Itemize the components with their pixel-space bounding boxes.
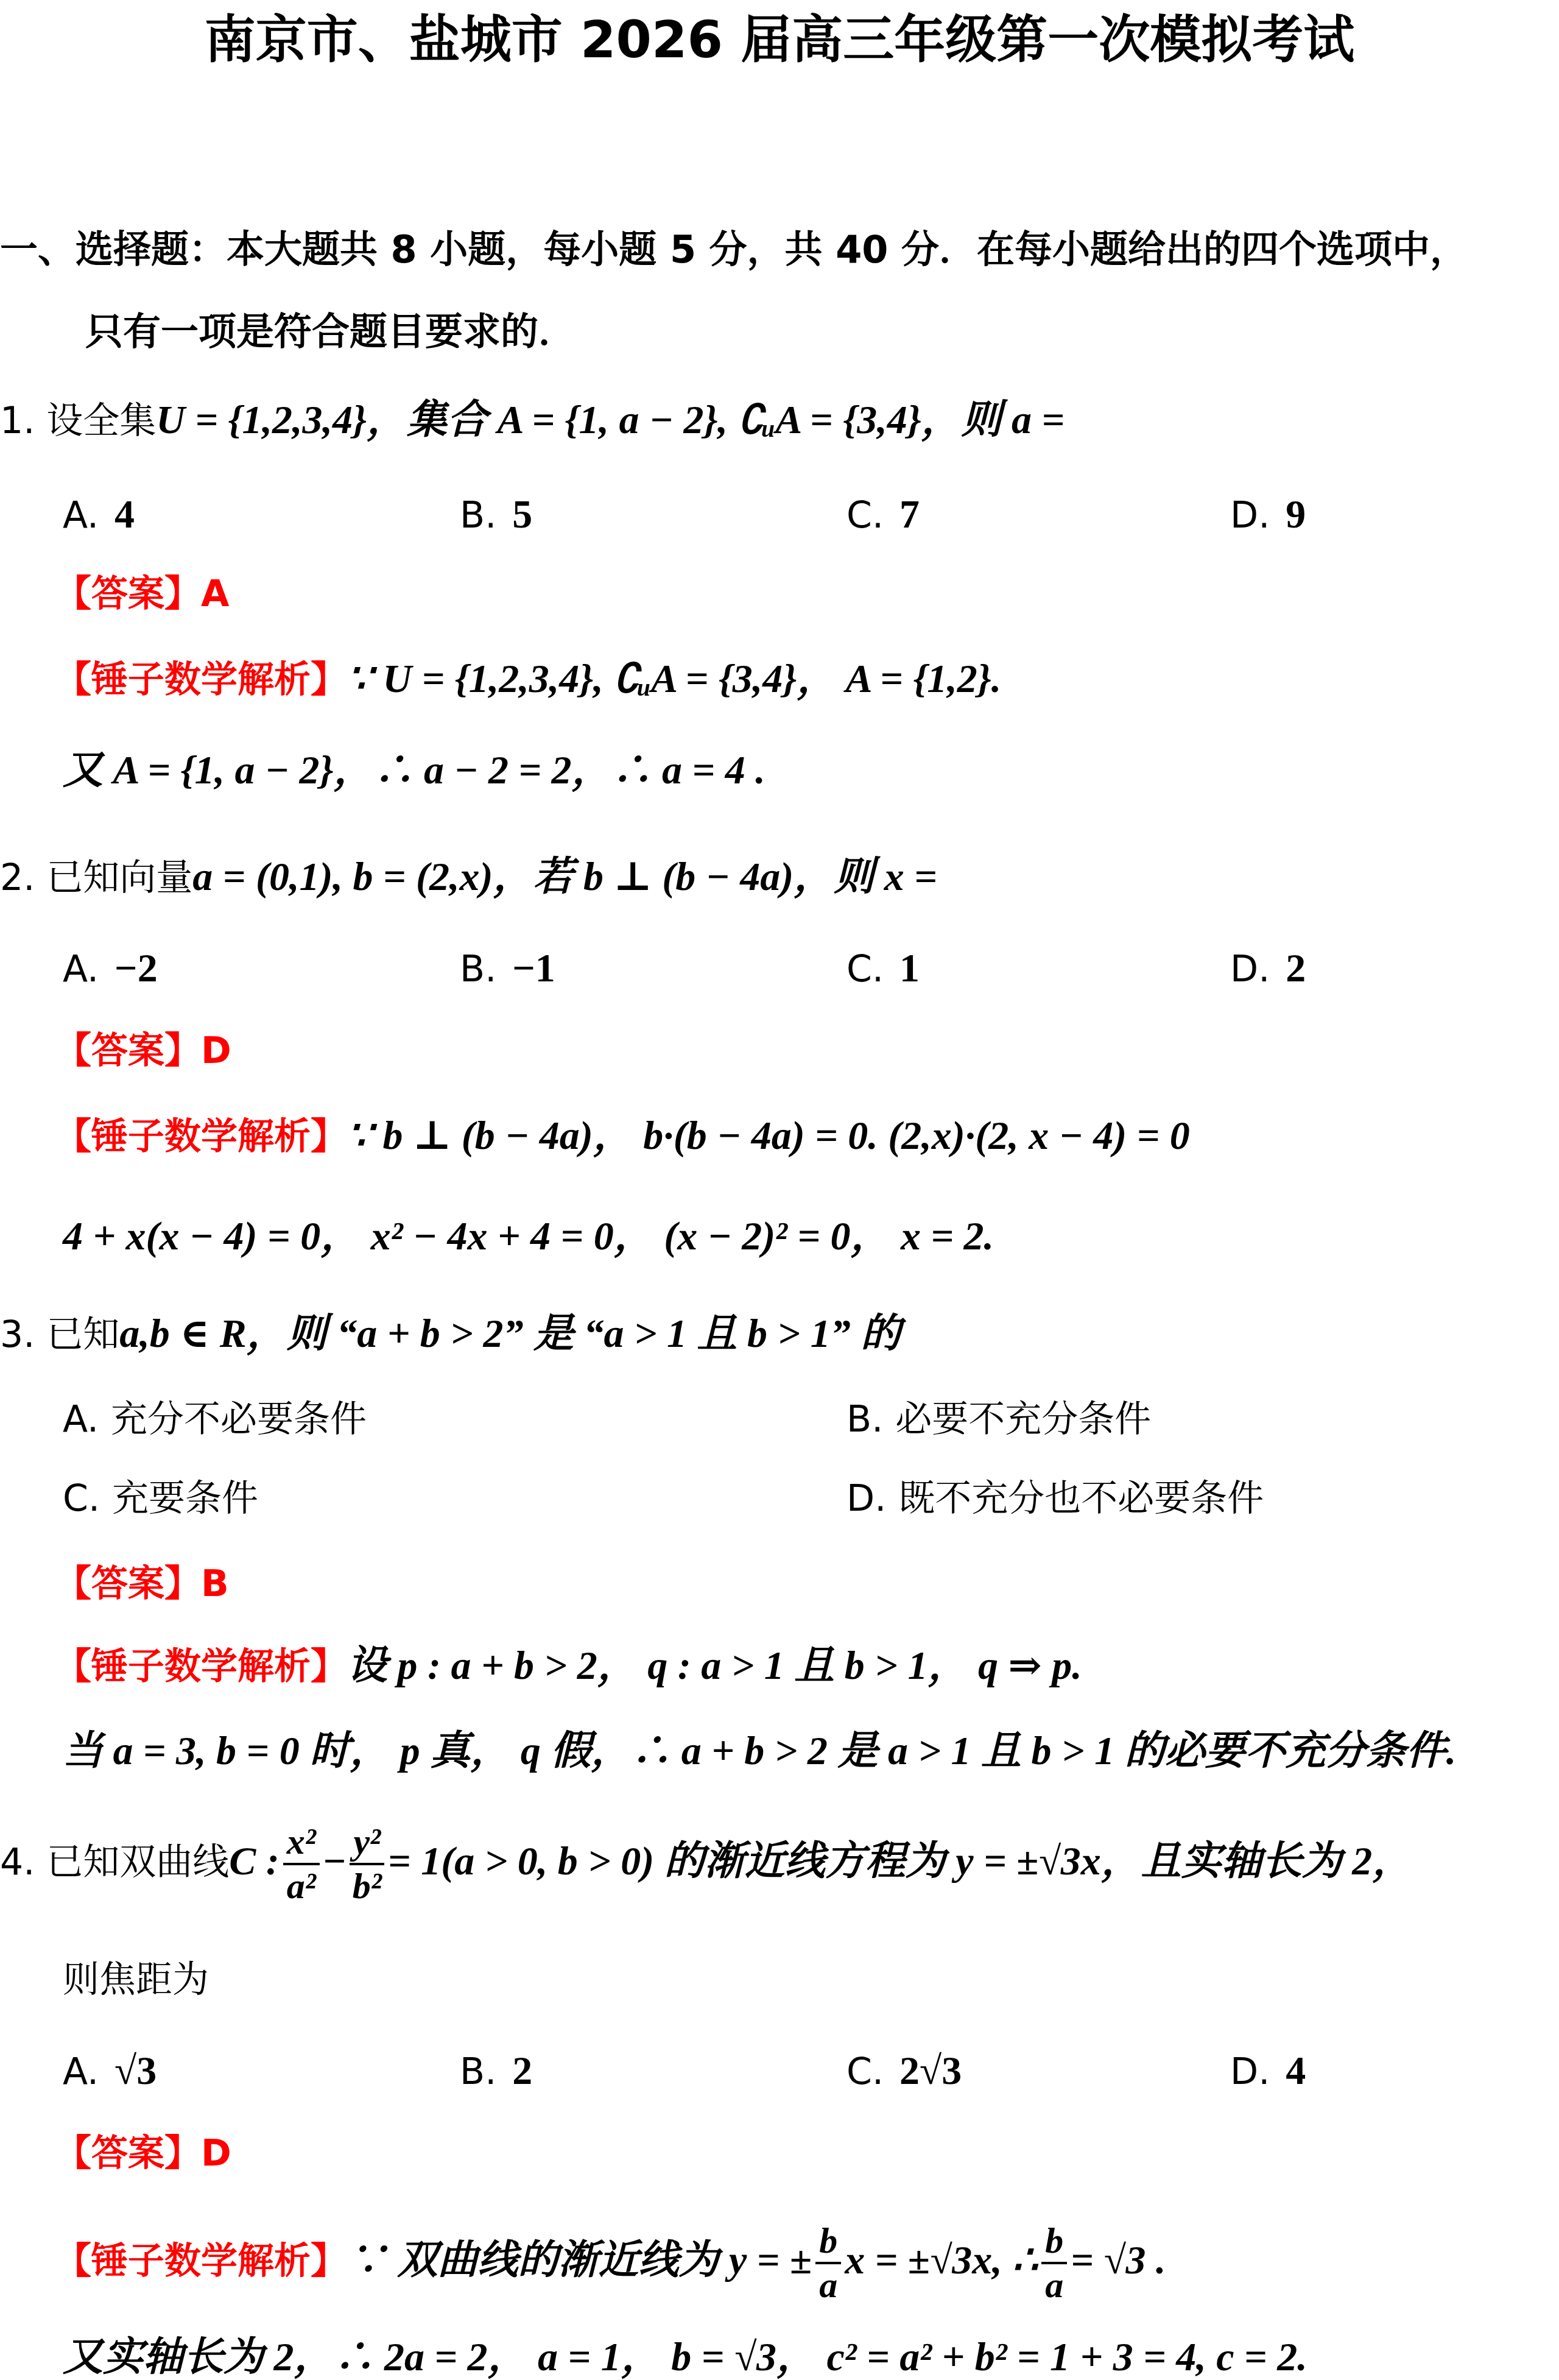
question-math: a = (0,1), b = (2,x)，若 b ⊥ (b − 4a)，则 x …: [192, 855, 937, 899]
section-heading: 一、选择题：本大题共 8 小题，每小题 5 分，共 40 分．在每小题给出的四个…: [0, 231, 1468, 269]
question-2-analysis: 【锤子数学解析】∵ b ⊥ (b − 4a)， b·(b − 4a) = 0. …: [55, 1116, 1190, 1156]
fraction-x2-a2: x²a²: [283, 1821, 320, 1907]
fraction-b-a: ba: [815, 2220, 841, 2306]
question-number: 1.: [0, 400, 35, 442]
question-4-analysis-cont: 又实轴长为 2，∴ 2a = 2， a = 1， b = √3， c² = a²…: [63, 2337, 1307, 2378]
question-2-option-c: C.1: [846, 948, 920, 989]
question-text: 已知: [46, 1313, 119, 1356]
question-math: U = {1,2,3,4}，集合 A = {1, a − 2}, ∁ᵤA = {…: [156, 398, 1065, 442]
question-number: 3.: [0, 1313, 35, 1356]
question-2-answer: 【答案】D: [55, 1033, 231, 1069]
question-number: 4.: [0, 1841, 35, 1884]
question-4-option-a: A.√3: [63, 2051, 157, 2091]
question-3-option-b: B.必要不充分条件: [846, 1401, 1151, 1438]
question-1-option-a: A.4: [63, 495, 135, 535]
question-1-option-d: D.9: [1230, 495, 1306, 535]
question-3-answer: 【答案】B: [55, 1566, 229, 1602]
question-math: a,b ∈ R，则 “a + b > 2” 是 “a > 1 且 b > 1” …: [119, 1312, 901, 1356]
question-number: 2.: [0, 856, 35, 899]
question-4-option-c: C.2√3: [846, 2051, 962, 2091]
question-1-stem: 1. 设全集U = {1,2,3,4}，集合 A = {1, a − 2}, ∁…: [0, 400, 1065, 440]
exam-title: 南京市、盐城市 2026 届高三年级第一次模拟考试: [0, 14, 1559, 65]
question-3-analysis-cont: 当 a = 3, b = 0 时， p 真， q 假，∴ a + b > 2 是…: [63, 1731, 1456, 1771]
question-4-analysis: 【锤子数学解析】∵ 双曲线的渐近线为 y = ±bax = ±√3x, ∴ba=…: [55, 2220, 1166, 2306]
section-heading-cont: 只有一项是符合题目要求的．: [85, 313, 576, 351]
question-3-analysis: 【锤子数学解析】设 p : a + b > 2， q : a > 1 且 b >…: [55, 1646, 1082, 1686]
question-4-stem-cont: 则焦距为: [63, 1962, 209, 1998]
fraction-y2-b2: y²b²: [350, 1821, 384, 1907]
question-2-analysis-cont: 4 + x(x − 4) = 0， x² − 4x + 4 = 0， (x − …: [63, 1216, 994, 1257]
fraction-b-a-2: ba: [1041, 2220, 1067, 2306]
question-4-option-d: D.4: [1230, 2051, 1306, 2091]
question-4-option-b: B.2: [460, 2051, 532, 2091]
question-3-option-c: C.充要条件: [63, 1480, 258, 1517]
question-4-answer: 【答案】D: [55, 2135, 231, 2172]
question-2-option-b: B.−1: [460, 948, 555, 989]
question-2-stem: 2. 已知向量a = (0,1), b = (2,x)，若 b ⊥ (b − 4…: [0, 857, 937, 897]
question-3-option-a: A.充分不必要条件: [63, 1401, 367, 1438]
question-1-analysis: 【锤子数学解析】∵ U = {1,2,3,4}, ∁ᵤA = {3,4}， A …: [55, 659, 1001, 699]
question-text: 设全集: [46, 400, 156, 442]
question-1-option-c: C.7: [846, 495, 920, 535]
question-1-answer: 【答案】A: [55, 576, 229, 612]
question-3-option-d: D.既不充分也不必要条件: [846, 1480, 1264, 1517]
question-1-option-b: B.5: [460, 495, 532, 535]
question-2-option-a: A.−2: [63, 948, 158, 989]
question-4-stem: 4. 已知双曲线C :x²a²−y²b²= 1(a > 0, b > 0) 的渐…: [0, 1821, 1412, 1907]
question-text: 已知向量: [46, 856, 192, 899]
question-1-analysis-cont: 又 A = {1, a − 2}，∴ a − 2 = 2，∴ a = 4 .: [63, 750, 765, 791]
question-text: 已知双曲线: [46, 1841, 229, 1884]
question-2-option-d: D.2: [1230, 948, 1306, 989]
question-3-stem: 3. 已知a,b ∈ R，则 “a + b > 2” 是 “a > 1 且 b …: [0, 1314, 901, 1354]
